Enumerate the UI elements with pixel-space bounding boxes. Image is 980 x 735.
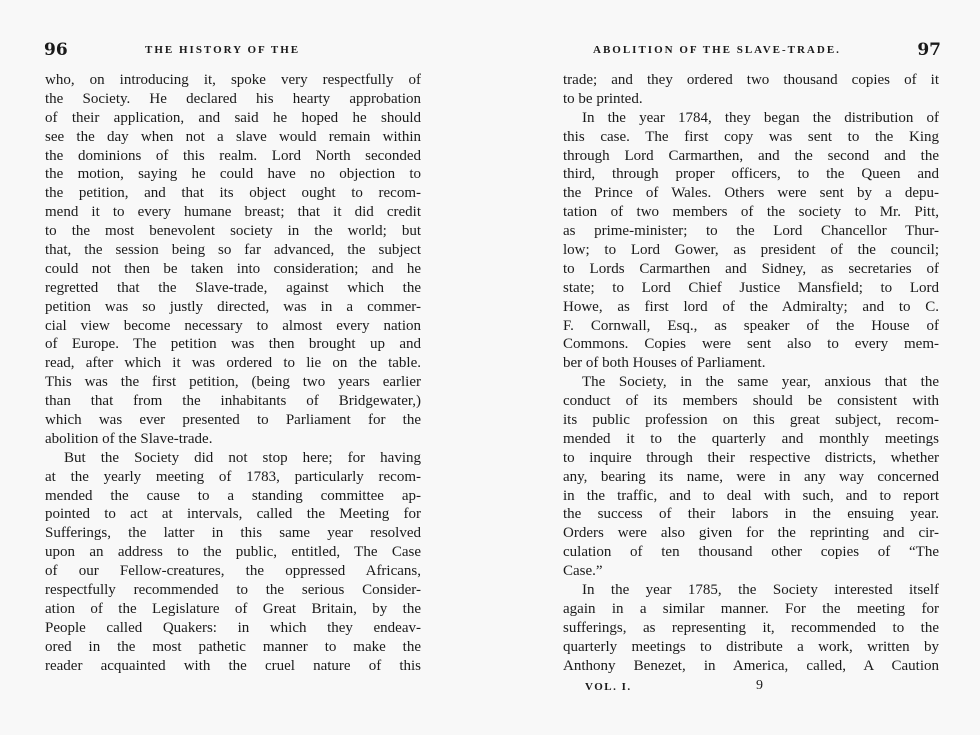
- text-line: upon an address to the public, entitled,…: [45, 543, 421, 562]
- text-line: Case.”: [563, 562, 939, 581]
- text-line: Orders were also given for the reprintin…: [563, 524, 939, 543]
- text-line: of Europe. The petition was then brought…: [45, 335, 421, 354]
- left-page-body-text: who, on introducing it, spoke very respe…: [45, 71, 421, 676]
- text-line: F. Cornwall, Esq., as speaker of the Hou…: [563, 317, 939, 336]
- text-line: than that from the inhabitants of Bridge…: [45, 392, 421, 411]
- text-line: the Prince of Wales. Others were sent by…: [563, 184, 939, 203]
- text-line: which was ever presented to Parliament f…: [45, 411, 421, 430]
- text-line: This was the first petition, (being two …: [45, 373, 421, 392]
- text-line: to the most benevolent society in the wo…: [45, 222, 421, 241]
- text-line: to inquire through their respective dist…: [563, 449, 939, 468]
- text-line: Howe, as first lord of the Admiralty; an…: [563, 298, 939, 317]
- text-line: state; to Lord Chief Justice Mansfield; …: [563, 279, 939, 298]
- text-line: of our Fellow-creatures, the oppressed A…: [45, 562, 421, 581]
- text-line: through Lord Carmarthen, and the second …: [563, 147, 939, 166]
- running-head-right: ABOLITION OF THE SLAVE-TRADE. 97: [563, 44, 939, 64]
- text-line: of their application, and said he hoped …: [45, 109, 421, 128]
- text-line: In the year 1785, the Society interested…: [563, 581, 939, 600]
- text-line: mended the cause to a standing committee…: [45, 487, 421, 506]
- page-number-left: 96: [44, 40, 68, 60]
- text-line: sufferings, as representing it, recommen…: [563, 619, 939, 638]
- text-line: the motion, saying he could have no obje…: [45, 165, 421, 184]
- text-line: petition was so justly directed, was in …: [45, 298, 421, 317]
- text-line: who, on introducing it, spoke very respe…: [45, 71, 421, 90]
- text-line: conduct of its members should be consist…: [563, 392, 939, 411]
- text-line: Sufferings, the latter in this same year…: [45, 524, 421, 543]
- text-line: culation of ten thousand other copies of…: [563, 543, 939, 562]
- text-line: the dominions of this realm. Lord North …: [45, 147, 421, 166]
- text-line: in the traffic, and to deal with such, a…: [563, 487, 939, 506]
- text-line: mend it to every humane breast; that it …: [45, 203, 421, 222]
- text-line: again in a similar manner. For the meeti…: [563, 600, 939, 619]
- text-line: ber of both Houses of Parliament.: [563, 354, 939, 373]
- text-line: Anthony Benezet, in America, called, A C…: [563, 657, 939, 676]
- page-number-right: 97: [917, 40, 941, 60]
- text-line: mended it to the quarterly and monthly m…: [563, 430, 939, 449]
- text-line: But the Society did not stop here; for h…: [45, 449, 421, 468]
- text-line: as prime-minister; to the Lord Chancello…: [563, 222, 939, 241]
- text-line: abolition of the Slave-trade.: [45, 430, 421, 449]
- text-line: quarterly meetings to distribute a work,…: [563, 638, 939, 657]
- right-page: ABOLITION OF THE SLAVE-TRADE. 97 trade; …: [563, 0, 939, 735]
- text-line: respectfully recommended to the serious …: [45, 581, 421, 600]
- text-line: that, the session being so far advanced,…: [45, 241, 421, 260]
- text-line: this case. The first copy was sent to th…: [563, 128, 939, 147]
- text-line: third, through proper officers, to the Q…: [563, 165, 939, 184]
- text-line: reader acquainted with the cruel nature …: [45, 657, 421, 676]
- text-line: the Society. He declared his hearty appr…: [45, 90, 421, 109]
- text-line: In the year 1784, they began the distrib…: [563, 109, 939, 128]
- text-line: read, after which it was ordered to lie …: [45, 354, 421, 373]
- text-line: cial view become necessary to almost eve…: [45, 317, 421, 336]
- signature-mark: 9: [756, 678, 765, 694]
- text-line: trade; and they ordered two thousand cop…: [563, 71, 939, 90]
- text-line: ored in the most pathetic manner to make…: [45, 638, 421, 657]
- running-head-left: 96 THE HISTORY OF THE: [45, 44, 421, 64]
- text-line: Commons. Copies were sent also to every …: [563, 335, 939, 354]
- text-line: pointed to act at intervals, called the …: [45, 505, 421, 524]
- text-line: to Lords Carmarthen and Sidney, as secre…: [563, 260, 939, 279]
- right-page-body-text: trade; and they ordered two thousand cop…: [563, 71, 939, 676]
- text-line: the success of their labors in the ensui…: [563, 505, 939, 524]
- text-line: tation of two members of the society to …: [563, 203, 939, 222]
- text-line: to be printed.: [563, 90, 939, 109]
- text-line: its public profession on this great subj…: [563, 411, 939, 430]
- running-head-title-right: ABOLITION OF THE SLAVE-TRADE.: [593, 44, 841, 56]
- text-line: low; to Lord Gower, as president of the …: [563, 241, 939, 260]
- left-page: 96 THE HISTORY OF THE who, on introducin…: [45, 0, 421, 735]
- text-line: ation of the Legislature of Great Britai…: [45, 600, 421, 619]
- text-line: could not then be taken into considerati…: [45, 260, 421, 279]
- text-line: the petition, and that its object ought …: [45, 184, 421, 203]
- text-line: The Society, in the same year, anxious t…: [563, 373, 939, 392]
- text-line: People called Quakers: in which they end…: [45, 619, 421, 638]
- running-head-title-left: THE HISTORY OF THE: [145, 44, 300, 56]
- text-line: see the day when not a slave would remai…: [45, 128, 421, 147]
- text-line: at the yearly meeting of 1783, particula…: [45, 468, 421, 487]
- text-line: regretted that the Slave-trade, against …: [45, 279, 421, 298]
- page-footer: VOL. I. 9: [563, 681, 939, 699]
- volume-label: VOL. I.: [585, 681, 632, 693]
- text-line: any, bearing its name, were in any way c…: [563, 468, 939, 487]
